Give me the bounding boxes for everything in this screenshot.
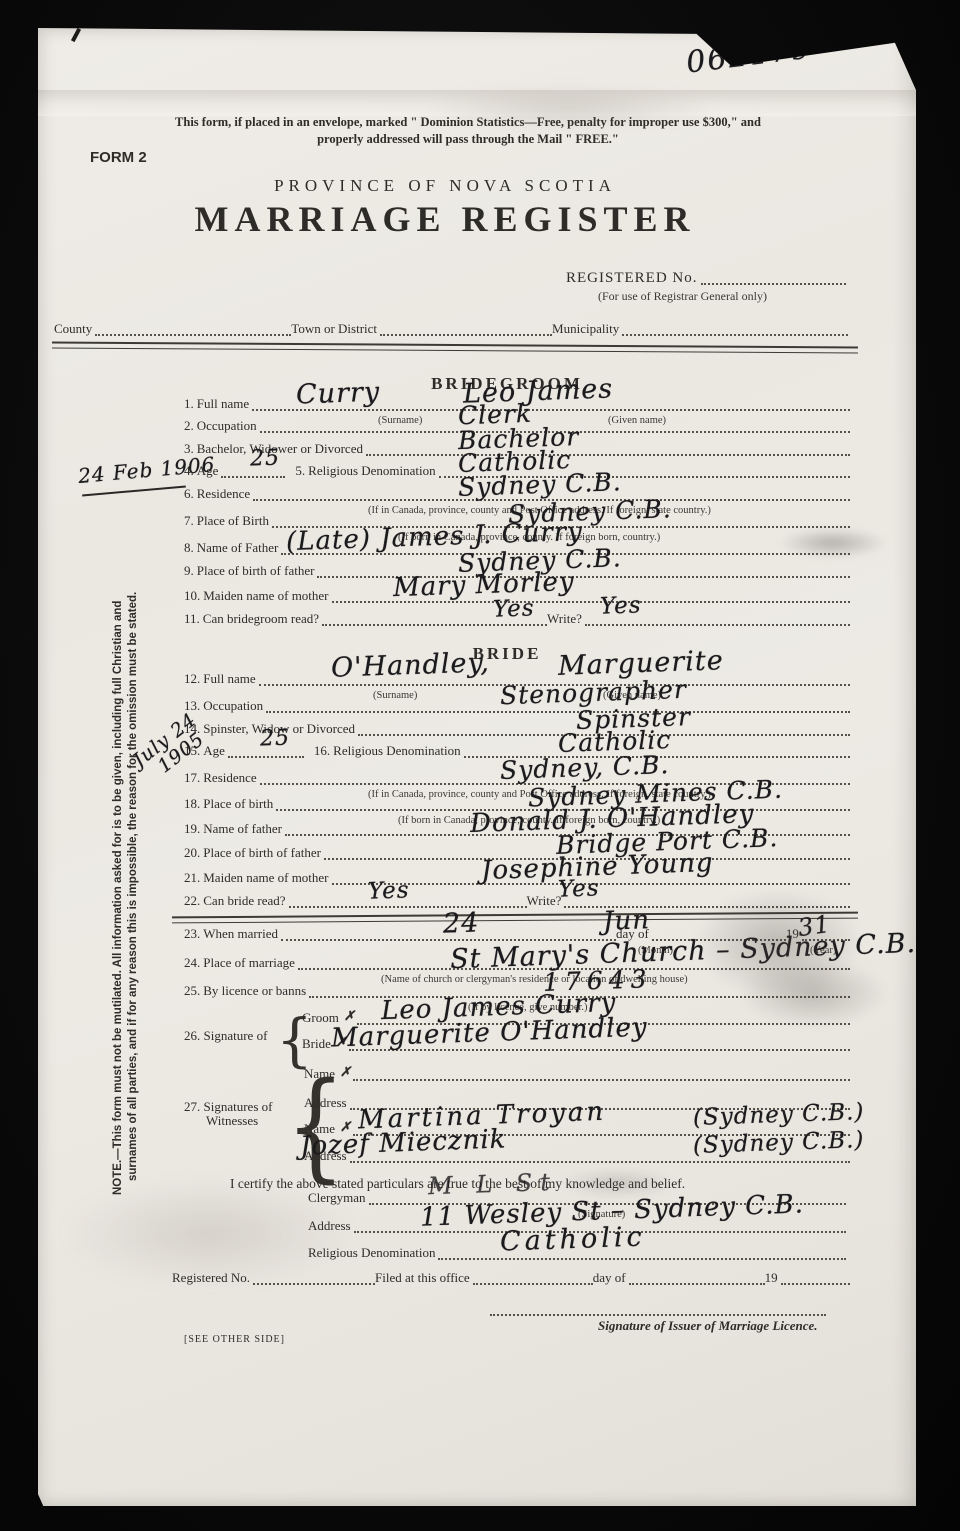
groom-status-line bbox=[366, 436, 850, 456]
hw-bride-can-write: Yes bbox=[558, 875, 600, 902]
county-blank bbox=[95, 316, 291, 336]
groom-father-label: Name of Father bbox=[197, 541, 282, 555]
bride-birthplace-label: Place of birth bbox=[203, 797, 276, 811]
field-number: 18. bbox=[184, 797, 203, 811]
town-blank bbox=[380, 316, 552, 336]
footer-year-line bbox=[781, 1265, 850, 1285]
footer-year-prefix: 19 bbox=[765, 1271, 781, 1285]
issuer-signature-label: Signature of Issuer of Marriage Licence. bbox=[598, 1318, 818, 1334]
field-number: 26. bbox=[184, 1028, 200, 1043]
field-number: 7. bbox=[184, 514, 197, 528]
footer-filed-label: Filed at this office bbox=[375, 1271, 473, 1285]
field-number: 17. bbox=[184, 771, 203, 785]
hw-clergy-denomination: Catholic bbox=[500, 1221, 647, 1257]
bride-occupation-label: Occupation bbox=[203, 699, 266, 713]
margin-note-line2: surnames of all parties, and if for any … bbox=[126, 515, 141, 1181]
bride-father-label: Name of father bbox=[203, 822, 285, 836]
field-number: 11. bbox=[184, 612, 203, 626]
page-title: MARRIAGE REGISTER bbox=[54, 198, 836, 240]
town-label: Town or District bbox=[291, 322, 380, 336]
witnesses-label-line2: Witnesses bbox=[184, 1114, 272, 1128]
footer-day-line bbox=[629, 1265, 765, 1285]
province-heading: PROVINCE OF NOVA SCOTIA bbox=[54, 176, 836, 196]
margin-date-underline bbox=[82, 485, 186, 496]
place-of-marriage-label: Place of marriage bbox=[203, 956, 298, 970]
bride-signature-label: Bride bbox=[302, 1037, 334, 1051]
footer-day-of-label: day of bbox=[593, 1271, 629, 1285]
field-number: 6. bbox=[184, 487, 197, 501]
groom-can-read-label: Can bridegroom read? bbox=[203, 612, 322, 626]
groom-denomination-label: Religious Denomination bbox=[308, 464, 438, 478]
x-mark: ✗ bbox=[338, 1065, 353, 1080]
field-number: 20. bbox=[184, 846, 203, 860]
issuer-signature-line bbox=[490, 1298, 826, 1316]
hw-groom-can-read: Yes bbox=[493, 595, 535, 622]
licence-or-banns-label: By licence or banns bbox=[203, 984, 309, 998]
groom-father-birthplace-label: Place of birth of father bbox=[197, 564, 318, 578]
ink-smudge bbox=[738, 958, 888, 1028]
field-number: 27. bbox=[184, 1099, 200, 1114]
hw-bride-surname: O'Handley, bbox=[331, 647, 491, 684]
field-number: 1. bbox=[184, 397, 197, 411]
bride-mother-label: Maiden name of mother bbox=[203, 871, 331, 885]
bride-father-birthplace-label: Place of birth of father bbox=[203, 846, 324, 860]
field-number: 21. bbox=[184, 871, 203, 885]
bride-residence-label: Residence bbox=[203, 771, 259, 785]
hw-bride-age: 25 bbox=[260, 725, 291, 751]
groom-residence-label: Residence bbox=[197, 487, 253, 501]
hw-marriage-day: 24 bbox=[442, 907, 479, 939]
bleed-through-stain bbox=[58, 1178, 358, 1288]
municipality-label: Municipality bbox=[552, 322, 622, 336]
registered-no-blank bbox=[701, 265, 847, 285]
groom-birthplace-label: Place of Birth bbox=[197, 514, 272, 528]
groom-occupation-label: Occupation bbox=[197, 419, 260, 433]
serial-number-handwritten: 062179 bbox=[684, 30, 814, 80]
field-number: 12. bbox=[184, 672, 203, 686]
hw-groom-surname: Curry bbox=[295, 377, 380, 411]
field-number: 2. bbox=[184, 419, 197, 433]
margin-note-line1: NOTE.—This form must not be mutilated. A… bbox=[111, 515, 126, 1195]
groom-write-label: Write? bbox=[547, 612, 585, 626]
bride-full-name-label: Full name bbox=[203, 672, 258, 686]
field-number: 25. bbox=[184, 984, 203, 998]
marriage-register-form-page: 062179 This form, if placed in an envelo… bbox=[38, 28, 916, 1506]
field-number: 8. bbox=[184, 541, 197, 555]
groom-full-name-label: Full name bbox=[197, 397, 252, 411]
signature-of-label-group: 26. Signature of bbox=[184, 1028, 267, 1044]
witness1-name-label: Name bbox=[304, 1067, 338, 1081]
when-married-label: When married bbox=[203, 927, 281, 941]
form-number-label: FORM 2 bbox=[90, 149, 147, 166]
field-number: 24. bbox=[184, 956, 203, 970]
margin-note-vertical: NOTE.—This form must not be mutilated. A… bbox=[111, 515, 141, 1195]
groom-status-label: Bachelor, Widower or Divorced bbox=[197, 442, 366, 456]
witnesses-label-group: 27. Signatures of Witnesses bbox=[184, 1100, 272, 1128]
field-number: 19. bbox=[184, 822, 203, 836]
county-label: County bbox=[54, 322, 95, 336]
see-other-side-label: [SEE OTHER SIDE] bbox=[184, 1334, 285, 1345]
field-number: 16. bbox=[304, 744, 333, 758]
pen-mark bbox=[71, 28, 81, 42]
hw-clergyman-signature: M L St bbox=[428, 1168, 559, 1201]
field-number: 9. bbox=[184, 564, 197, 578]
witness1-name-line bbox=[353, 1061, 850, 1081]
field-number: 10. bbox=[184, 589, 203, 603]
footer-filed-line bbox=[473, 1265, 593, 1285]
section-divider bbox=[52, 342, 858, 354]
registrar-note: (For use of Registrar General only) bbox=[598, 289, 767, 304]
witnesses-label-line1: Signatures of bbox=[204, 1099, 273, 1114]
registered-no-label: REGISTERED No. bbox=[566, 271, 701, 285]
mailing-note-line2: properly addressed will pass through the… bbox=[108, 131, 828, 148]
bride-denomination-label: Religious Denomination bbox=[333, 744, 463, 758]
groom-mother-label: Maiden name of mother bbox=[203, 589, 331, 603]
hw-groom-age: 25 bbox=[250, 445, 281, 471]
hw-bride-can-read: Yes bbox=[368, 877, 410, 904]
bride-section-title: BRIDE bbox=[184, 644, 830, 664]
field-number: 22. bbox=[184, 894, 203, 908]
ink-smudge bbox=[778, 528, 888, 558]
scanned-marriage-register-photo: { "document": { "serial_number": "062179… bbox=[0, 0, 960, 1531]
hw-groom-mother: Mary Morley bbox=[393, 567, 576, 603]
municipality-blank bbox=[622, 316, 848, 336]
field-number: 23. bbox=[184, 927, 203, 941]
ink-smudge bbox=[558, 1168, 678, 1198]
field-number: 5. bbox=[285, 464, 308, 478]
paper-stain bbox=[418, 88, 718, 128]
hw-marriage-month: Jun bbox=[602, 905, 650, 937]
hw-groom-can-write: Yes bbox=[600, 592, 642, 619]
bride-can-read-label: Can bride read? bbox=[203, 894, 288, 908]
signature-of-label: Signature of bbox=[204, 1028, 268, 1043]
witness1-address-label: Address bbox=[304, 1096, 350, 1110]
